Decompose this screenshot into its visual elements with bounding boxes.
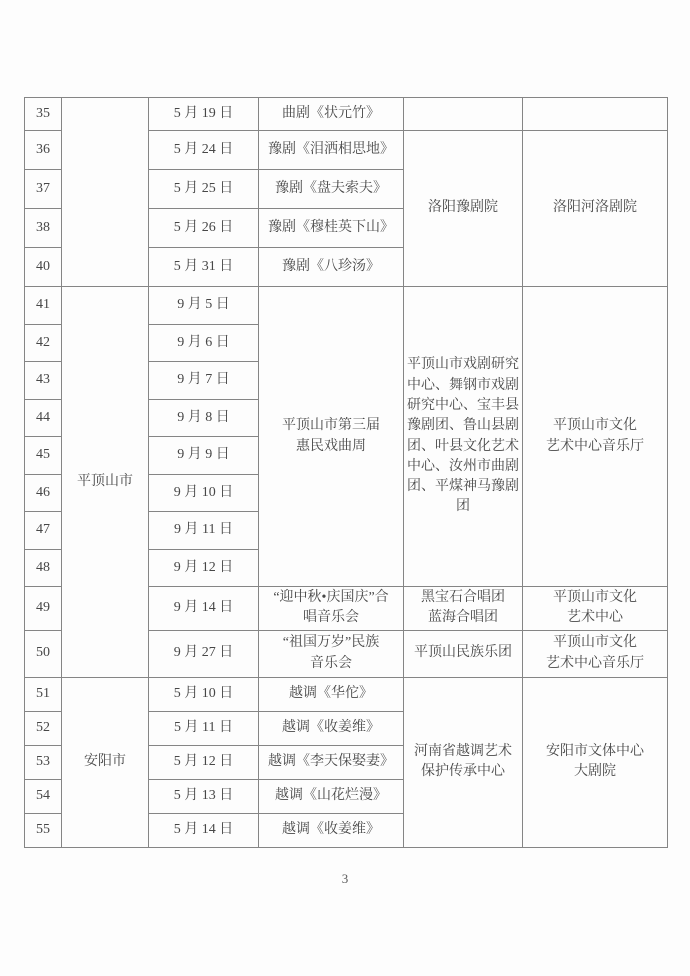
row-number-cell: 51 xyxy=(25,677,62,711)
city-cell: 平顶山市 xyxy=(62,287,149,678)
venue-cell: 安阳市文体中心 大剧院 xyxy=(523,677,668,847)
date-cell: 5 月 11 日 xyxy=(149,711,259,745)
performance-cell: “迎中秋•庆国庆”合 唱音乐会 xyxy=(259,587,404,631)
table-row: 41 平顶山市 9 月 5 日 平顶山市第三届 惠民戏曲周 平顶山市戏剧研究中心… xyxy=(25,287,668,325)
venue-cell: 平顶山市文化 艺术中心 xyxy=(523,587,668,631)
row-number-cell: 50 xyxy=(25,630,62,677)
date-cell: 9 月 7 日 xyxy=(149,362,259,400)
city-cell xyxy=(62,98,149,287)
row-number-cell: 48 xyxy=(25,549,62,587)
performance-cell: 越调《山花烂漫》 xyxy=(259,779,404,813)
date-cell: 5 月 13 日 xyxy=(149,779,259,813)
date-cell: 9 月 8 日 xyxy=(149,399,259,437)
troupe-cell: 平顶山民族乐团 xyxy=(404,630,523,677)
troupe-cell xyxy=(404,98,523,131)
date-cell: 5 月 26 日 xyxy=(149,209,259,248)
performance-cell: 曲剧《状元竹》 xyxy=(259,98,404,131)
date-cell: 5 月 31 日 xyxy=(149,248,259,287)
date-cell: 5 月 14 日 xyxy=(149,813,259,847)
troupe-cell: 平顶山市戏剧研究中心、舞钢市戏剧研究中心、宝丰县豫剧团、鲁山县剧团、叶县文化艺术… xyxy=(404,287,523,587)
row-number-cell: 43 xyxy=(25,362,62,400)
row-number-cell: 36 xyxy=(25,131,62,170)
date-cell: 9 月 9 日 xyxy=(149,437,259,475)
page-number: 3 xyxy=(0,871,690,887)
date-cell: 9 月 27 日 xyxy=(149,630,259,677)
date-cell: 5 月 10 日 xyxy=(149,677,259,711)
table-row: 35 5 月 19 日 曲剧《状元竹》 xyxy=(25,98,668,131)
row-number-cell: 40 xyxy=(25,248,62,287)
date-cell: 9 月 11 日 xyxy=(149,512,259,550)
performance-cell: 平顶山市第三届 惠民戏曲周 xyxy=(259,287,404,587)
date-cell: 5 月 19 日 xyxy=(149,98,259,131)
row-number-cell: 47 xyxy=(25,512,62,550)
date-cell: 9 月 14 日 xyxy=(149,587,259,631)
performance-cell: “祖国万岁”民族 音乐会 xyxy=(259,630,404,677)
date-cell: 5 月 24 日 xyxy=(149,131,259,170)
date-cell: 9 月 6 日 xyxy=(149,324,259,362)
row-number-cell: 49 xyxy=(25,587,62,631)
city-cell: 安阳市 xyxy=(62,677,149,847)
row-number-cell: 44 xyxy=(25,399,62,437)
venue-cell: 平顶山市文化 艺术中心音乐厅 xyxy=(523,630,668,677)
troupe-cell: 黑宝石合唱团 蓝海合唱团 xyxy=(404,587,523,631)
row-number-cell: 52 xyxy=(25,711,62,745)
row-number-cell: 35 xyxy=(25,98,62,131)
performance-cell: 豫剧《盘夫索夫》 xyxy=(259,170,404,209)
performance-cell: 越调《收姜维》 xyxy=(259,813,404,847)
row-number-cell: 46 xyxy=(25,474,62,512)
performance-cell: 豫剧《穆桂英下山》 xyxy=(259,209,404,248)
venue-cell: 洛阳河洛剧院 xyxy=(523,131,668,287)
row-number-cell: 54 xyxy=(25,779,62,813)
performance-schedule-table: 35 5 月 19 日 曲剧《状元竹》 36 5 月 24 日 豫剧《泪洒相思地… xyxy=(24,97,668,848)
row-number-cell: 45 xyxy=(25,437,62,475)
troupe-cell: 洛阳豫剧院 xyxy=(404,131,523,287)
venue-cell: 平顶山市文化 艺术中心音乐厅 xyxy=(523,287,668,587)
performance-cell: 豫剧《泪洒相思地》 xyxy=(259,131,404,170)
row-number-cell: 53 xyxy=(25,745,62,779)
row-number-cell: 38 xyxy=(25,209,62,248)
date-cell: 5 月 25 日 xyxy=(149,170,259,209)
row-number-cell: 37 xyxy=(25,170,62,209)
troupe-cell: 河南省越调艺术 保护传承中心 xyxy=(404,677,523,847)
venue-cell xyxy=(523,98,668,131)
table-row: 51 安阳市 5 月 10 日 越调《华佗》 河南省越调艺术 保护传承中心 安阳… xyxy=(25,677,668,711)
row-number-cell: 41 xyxy=(25,287,62,325)
date-cell: 9 月 5 日 xyxy=(149,287,259,325)
performance-cell: 越调《收姜维》 xyxy=(259,711,404,745)
row-number-cell: 42 xyxy=(25,324,62,362)
date-cell: 9 月 12 日 xyxy=(149,549,259,587)
performance-cell: 越调《李天保娶妻》 xyxy=(259,745,404,779)
date-cell: 9 月 10 日 xyxy=(149,474,259,512)
date-cell: 5 月 12 日 xyxy=(149,745,259,779)
row-number-cell: 55 xyxy=(25,813,62,847)
document-page: 35 5 月 19 日 曲剧《状元竹》 36 5 月 24 日 豫剧《泪洒相思地… xyxy=(0,0,690,976)
performance-cell: 越调《华佗》 xyxy=(259,677,404,711)
performance-cell: 豫剧《八珍汤》 xyxy=(259,248,404,287)
